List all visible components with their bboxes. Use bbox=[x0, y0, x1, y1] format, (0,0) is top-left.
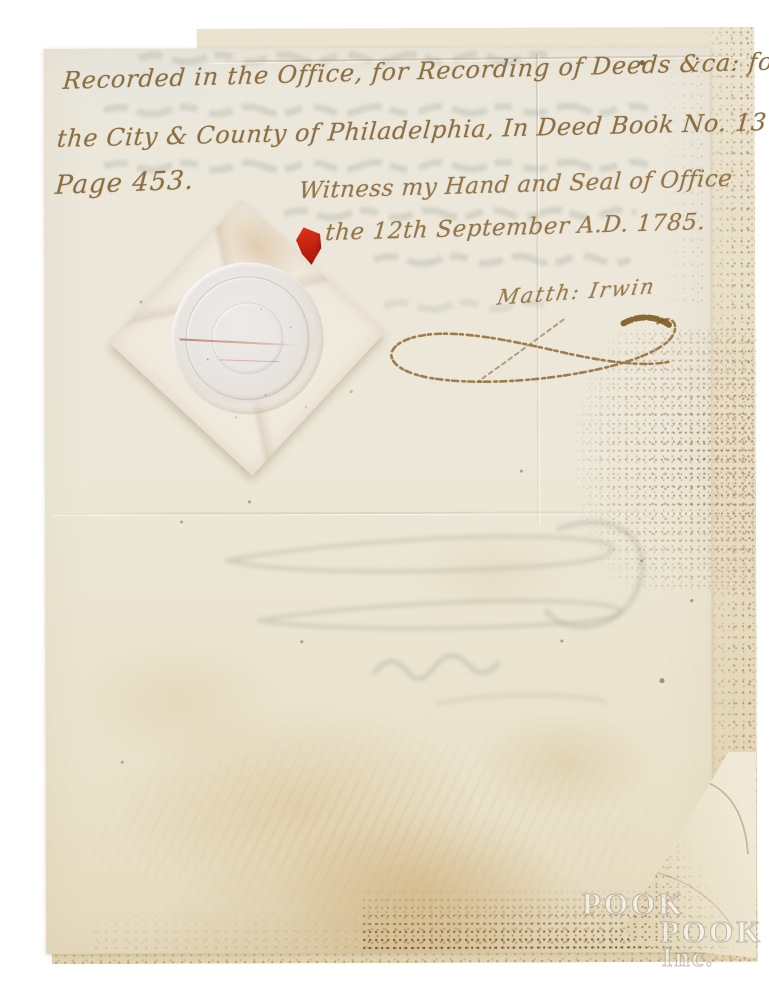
document-page: Recorded in the Office, for Recording of… bbox=[44, 47, 712, 954]
signature-flourish bbox=[378, 309, 690, 410]
photograph-of-antique-deed: Recorded in the Office, for Recording of… bbox=[0, 0, 769, 1000]
docket-page-reference: Page 453. bbox=[54, 166, 195, 201]
ghost-impressions bbox=[195, 467, 676, 738]
foxing-bottom-left bbox=[91, 903, 371, 952]
seal-red-specks bbox=[194, 298, 196, 300]
